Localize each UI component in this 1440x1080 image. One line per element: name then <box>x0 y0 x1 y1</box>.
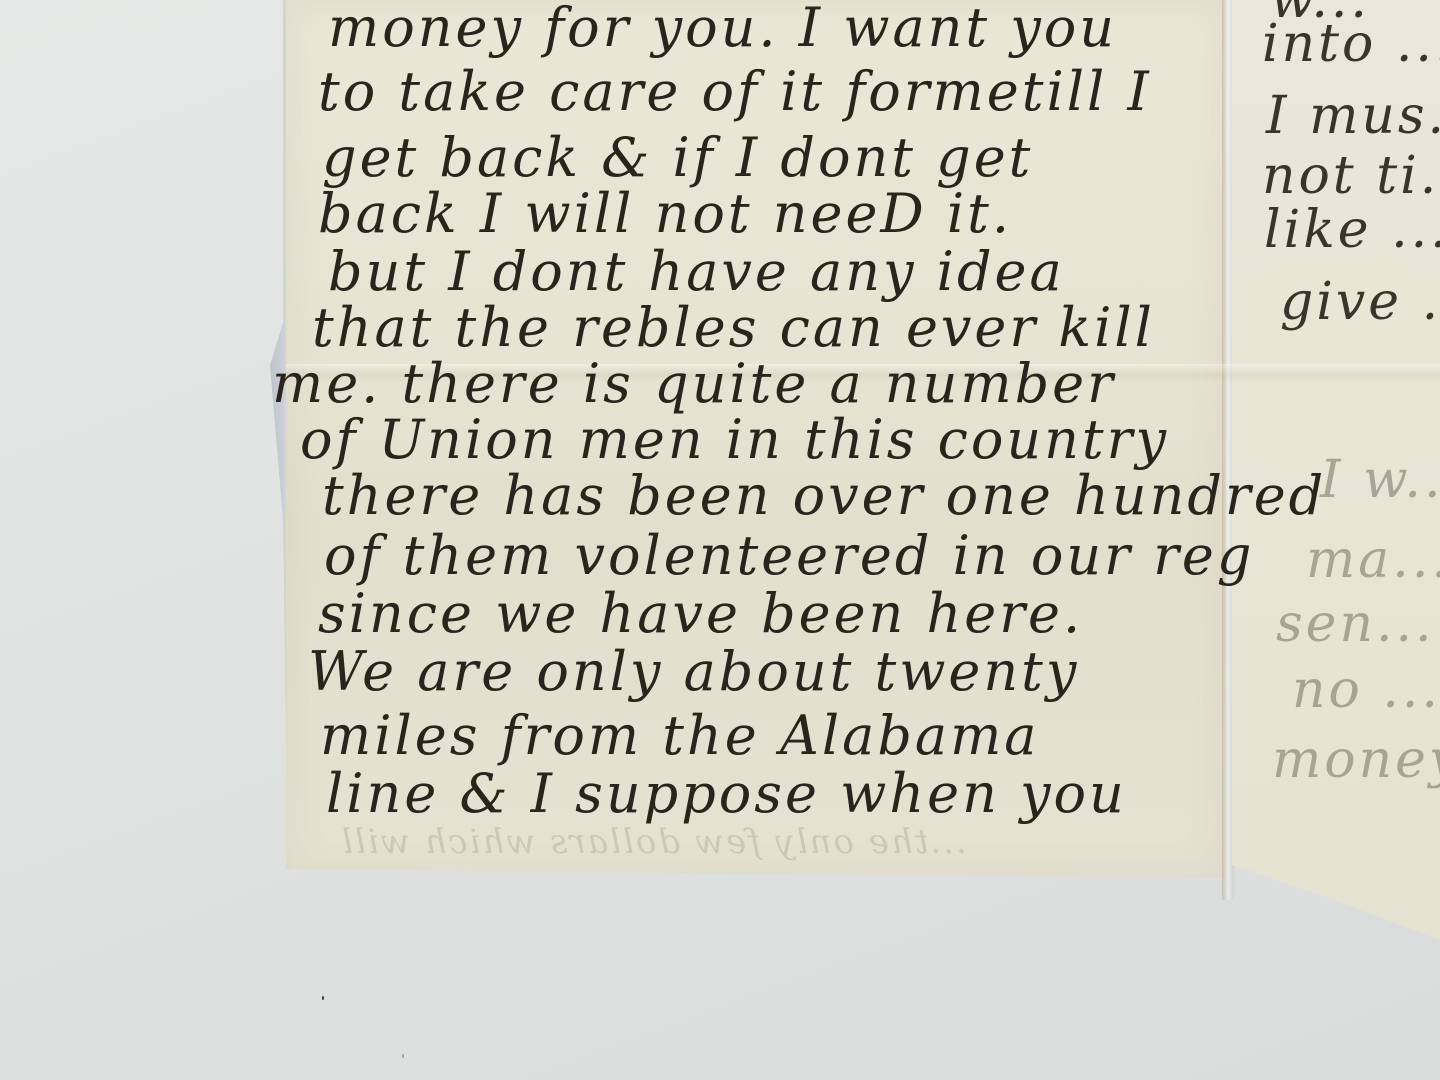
photo-scene: ...the only few dollars which will money… <box>0 0 1440 1080</box>
letter-line: since we have been here. <box>318 582 1083 645</box>
right-page-faint-line: no ... <box>1292 660 1440 720</box>
letter-line: me. there is quite a number <box>272 352 1116 415</box>
right-page-faint-line: I w... <box>1320 450 1440 510</box>
letter-line: to take care of it formetill I <box>318 60 1152 123</box>
letter-line: of Union men in this country <box>300 408 1169 471</box>
letter-line: line & I suppose when you <box>326 762 1127 825</box>
letter-line: back I will not neeD it. <box>318 182 1012 245</box>
right-page-line: I mus... <box>1266 86 1440 146</box>
dust-speck <box>402 1054 404 1058</box>
bleed-through-text: ...the only few dollars which will <box>340 822 967 862</box>
right-page-line: like ... <box>1264 200 1440 260</box>
letter-line: We are only about twenty <box>308 640 1079 703</box>
right-page-faint-line: ma... <box>1306 530 1440 590</box>
letter-line: that the rebles can ever kill <box>312 296 1155 359</box>
letter-line: but I dont have any idea <box>328 240 1065 303</box>
right-page-line: into ... <box>1262 14 1440 74</box>
right-page-line: give ... <box>1280 272 1440 332</box>
letter-line: there has been over one hundred <box>322 464 1326 527</box>
letter-line: get back & if I dont get <box>322 126 1033 189</box>
letter-line: money for you. I want you <box>328 0 1117 59</box>
right-page-faint-line: sen... <box>1276 594 1435 654</box>
dust-speck <box>322 996 324 1000</box>
letter-line: miles from the Alabama <box>320 704 1039 767</box>
right-page-faint-line: money... <box>1272 730 1440 790</box>
letter-line: of them volenteered in our reg <box>324 524 1254 587</box>
right-page-line: not ti... <box>1262 146 1440 206</box>
